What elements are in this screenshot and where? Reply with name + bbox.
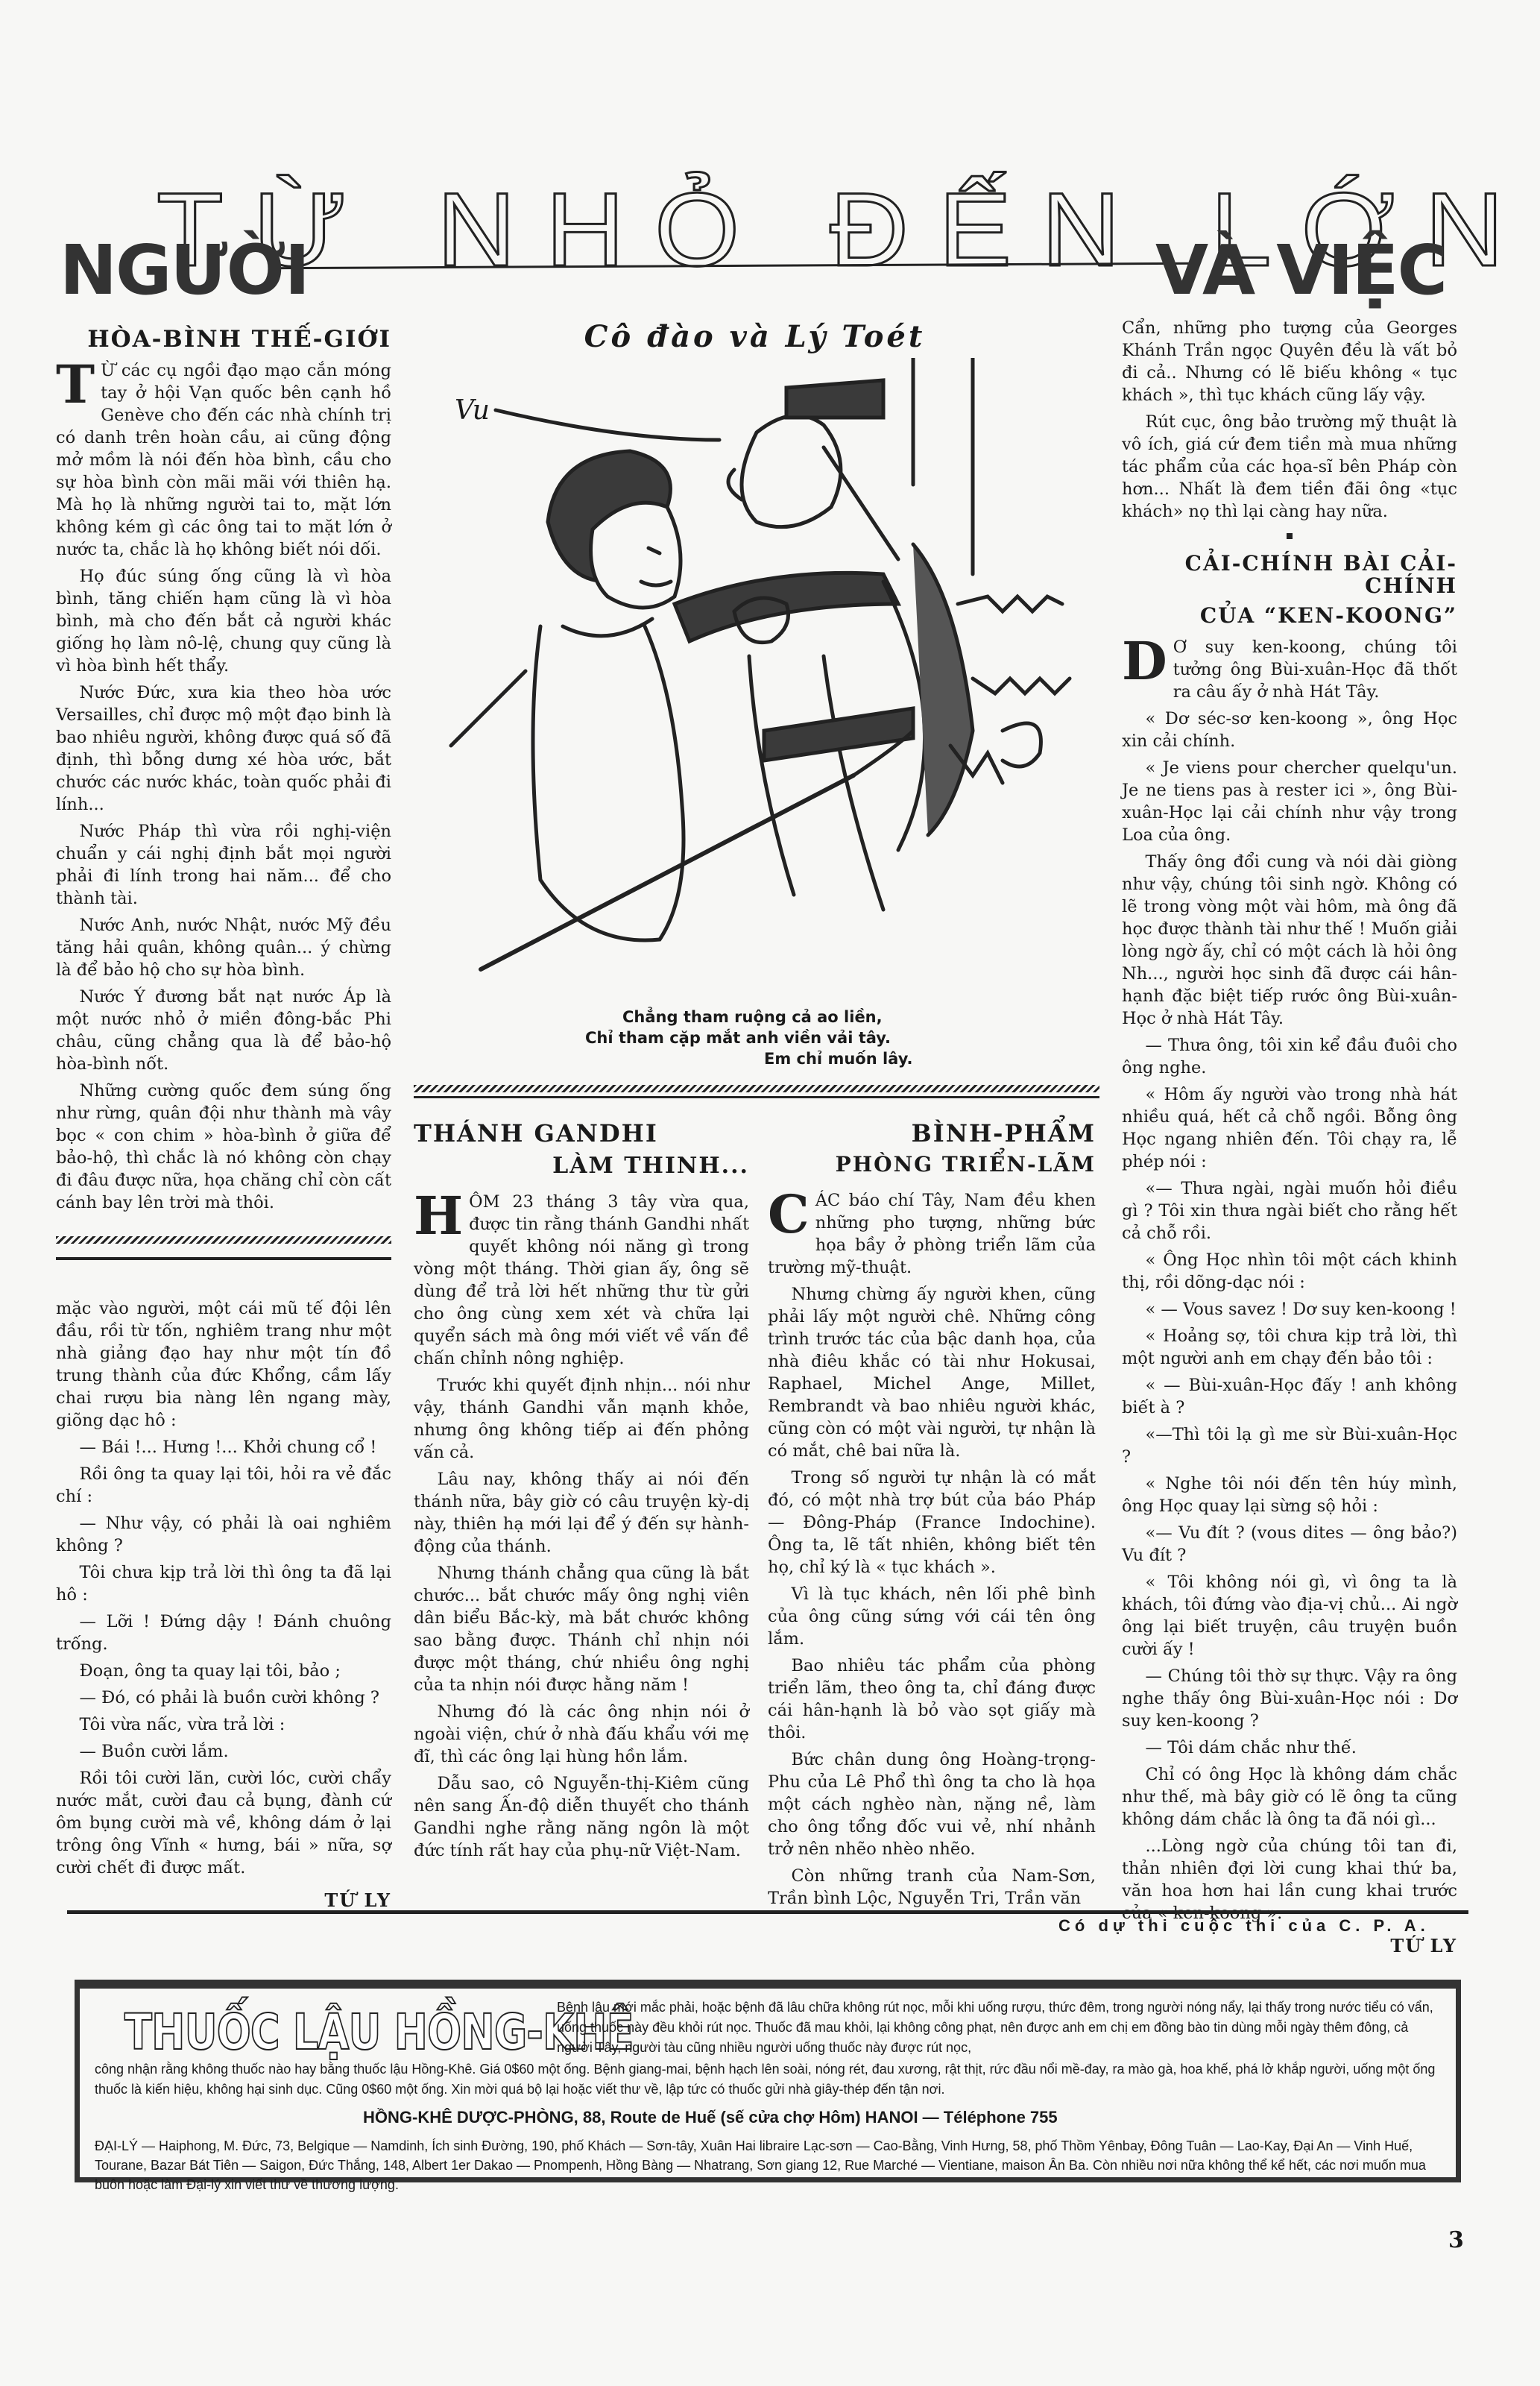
paragraph: Bao nhiêu tác phẩm của phòng triển lãm, …: [768, 1655, 1096, 1744]
article-exhibition-continued: Cẩn, những pho tượng của Georges Khánh T…: [1122, 317, 1457, 1957]
drop-cap: D: [1122, 639, 1167, 684]
headline-gandhi-line2: LÀM THINH...: [414, 1155, 749, 1177]
ad-address: HỒNG-KHÊ DƯỢC-PHÒNG, 88, Route de Huế (s…: [363, 2108, 1058, 2127]
paragraph: Nước Anh, nước Nhật, nước Mỹ đều tăng hả…: [56, 914, 391, 981]
cartoon-title: Cô đào và Lý Toét: [406, 319, 1103, 354]
section-rule: [56, 1257, 391, 1260]
paragraph: — Thưa ông, tôi xin kể đầu đuôi cho ông …: [1122, 1034, 1457, 1079]
paragraph: HÔM 23 tháng 3 tây vừa qua, được tin rằn…: [414, 1191, 749, 1370]
article-world-peace: HÒA-BÌNH THẾ-GIỚI TỪ các cụ ngồi đạo mạo…: [56, 328, 391, 1260]
paragraph: « Je viens pour chercher quelqu'un. Je n…: [1122, 757, 1457, 846]
paragraph: Nhưng thánh chẳng qua cũng là bắt chước.…: [414, 1562, 749, 1696]
paragraph: Cẩn, những pho tượng của Georges Khánh T…: [1122, 317, 1457, 406]
paragraph: — Lỡi ! Đứng dậy ! Đánh chuông trống.: [56, 1611, 391, 1655]
headline-exhibition-line2: PHÒNG TRIỂN-LÃM: [768, 1153, 1096, 1176]
paragraph: TỪ các cụ ngồi đạo mạo cắn móng tay ở hộ…: [56, 359, 391, 561]
paragraph: Nước Pháp thì vừa rồi nghị-viện chuẩn y …: [56, 820, 391, 910]
paragraph: — Buồn cười lắm.: [56, 1740, 391, 1763]
article-gandhi: THÁNH GANDHI LÀM THINH... HÔM 23 tháng 3…: [414, 1122, 749, 1866]
article-ceremony-continued: mặc vào người, một cái mũ tế đội lên đầu…: [56, 1297, 391, 1912]
headline-kenkoong-line2: CỦA “KEN-KOONG”: [1122, 605, 1457, 627]
paragraph: Còn những tranh của Nam-Sơn, Trần bình L…: [768, 1865, 1096, 1910]
paragraph: mặc vào người, một cái mũ tế đội lên đầu…: [56, 1297, 391, 1432]
paragraph: « Dơ séc-sơ ken-koong », ông Học xin cải…: [1122, 708, 1457, 752]
paragraph: «— Thưa ngài, ngài muốn hỏi điều gì ? Tô…: [1122, 1177, 1457, 1244]
section-rule: [414, 1096, 1099, 1098]
wavy-divider: [414, 1085, 1099, 1092]
paragraph: — Bái !... Hưng !... Khởi chung cổ !: [56, 1436, 391, 1458]
paragraph: « Hoảng sợ, tôi chưa kịp trả lời, thì mộ…: [1122, 1325, 1457, 1370]
paragraph: Chỉ có ông Học là không dám chắc như thế…: [1122, 1763, 1457, 1831]
paragraph: Lâu nay, không thấy ai nói đến thánh nữa…: [414, 1468, 749, 1558]
paragraph: «—Thì tôi lạ gì me sừ Bùi-xuân-Học ?: [1122, 1423, 1457, 1468]
paragraph: Trong số người tự nhận là có mắt đó, có …: [768, 1467, 1096, 1578]
paragraph: « Hôm ấy người vào trong nhà hát nhiều q…: [1122, 1083, 1457, 1173]
article-exhibition-review: BÌNH-PHẨM PHÒNG TRIỂN-LÃM CÁC báo chí Tâ…: [768, 1122, 1096, 1914]
paragraph: Tôi vừa nấc, vừa trả lời :: [56, 1713, 391, 1736]
advertisement-box: THUỐC LẬU HỒNG-KHÊ Bệnh lậu mới mắc phải…: [75, 1980, 1461, 2182]
paragraph: «— Vu đít ? (vous dites — ông bảo?) Vu đ…: [1122, 1522, 1457, 1567]
masthead-right-word: VÀ VIỆC: [1155, 233, 1446, 308]
paragraph: « Tôi không nói gì, vì ông ta là khách, …: [1122, 1571, 1457, 1661]
paragraph: Bức chân dung ông Hoàng-trọng-Phu của Lê…: [768, 1748, 1096, 1860]
paragraph: — Như vậy, có phải là oai nghiêm không ?: [56, 1512, 391, 1557]
paragraph: — Tôi dám chắc như thế.: [1122, 1737, 1457, 1759]
paragraph: Những cường quốc đem súng ống như rừng, …: [56, 1080, 391, 1214]
bullet-separator: [1287, 533, 1293, 539]
caption-line: Chẳng tham ruộng cả ao liền,: [585, 1007, 912, 1027]
ad-dealers-list: ĐẠI-LÝ — Haiphong, M. Đức, 73, Belgique …: [95, 2136, 1451, 2194]
paragraph: Thấy ông đổi cung và nói dài giòng như v…: [1122, 851, 1457, 1030]
cartoon-drawing-icon: [436, 358, 1107, 999]
paragraph: Họ đúc súng ống cũng là vì hòa bình, tăn…: [56, 565, 391, 677]
headline-gandhi-line1: THÁNH GANDHI: [414, 1122, 749, 1145]
paragraph: « — Vous savez ! Dơ suy ken-koong !: [1122, 1298, 1457, 1321]
paragraph: Tôi chưa kịp trả lời thì ông ta đã lại h…: [56, 1561, 391, 1606]
caption-line: Chỉ tham cặp mắt anh viền vải tây.: [585, 1027, 912, 1048]
author-signature: TỨ LY: [1122, 1935, 1457, 1957]
ad-body-text-continued: công nhận rằng không thuốc nào hay bằng …: [95, 2059, 1451, 2100]
contest-note: Có dự thi cuộc thi của C. P. A.: [1058, 1916, 1430, 1936]
paragraph: — Chúng tôi thờ sự thực. Vậy ra ông nghe…: [1122, 1665, 1457, 1732]
drop-cap: T: [56, 362, 95, 407]
paragraph: Trước khi quyết định nhịn... nói như vậy…: [414, 1374, 749, 1464]
paragraph: Vì là tục khách, nên lối phê bình của ôn…: [768, 1583, 1096, 1650]
paragraph: Nước Đức, xưa kia theo hòa ước Versaille…: [56, 682, 391, 816]
paragraph: « Ông Học nhìn tôi một cách khinh thị, r…: [1122, 1249, 1457, 1294]
masthead-left-word: NGƯỜI: [60, 233, 309, 308]
drop-cap: H: [414, 1194, 463, 1238]
page-number: 3: [1448, 2227, 1464, 2253]
wavy-divider: [56, 1236, 391, 1244]
paragraph: « — Bùi-xuân-Học đấy ! anh không biết à …: [1122, 1374, 1457, 1419]
paragraph: Nước Ý đương bắt nạt nước Áp là một nước…: [56, 986, 391, 1075]
paragraph: — Đó, có phải là buồn cười không ?: [56, 1687, 391, 1709]
section-rule: [67, 1910, 1468, 1914]
masthead: TỪ NHỎ ĐẾN LỚN NGƯỜI VÀ VIỆC: [15, 168, 1454, 309]
ad-body-text: Bệnh lậu mới mắc phải, hoặc bệnh đã lâu …: [557, 1998, 1444, 2058]
author-signature: TỨ LY: [56, 1889, 391, 1912]
paragraph: Nhưng đó là các ông nhịn nói ở ngoài việ…: [414, 1701, 749, 1768]
cartoon-caption: Chẳng tham ruộng cả ao liền, Chỉ tham cặ…: [585, 1007, 912, 1069]
headline-exhibition-line1: BÌNH-PHẨM: [768, 1122, 1096, 1145]
paragraph: Nhưng chừng ấy người khen, cũng phải lấy…: [768, 1283, 1096, 1462]
paragraph: « Nghe tôi nói đến tên húy mình, ông Học…: [1122, 1473, 1457, 1517]
paragraph: DƠ suy ken-koong, chúng tôi tưởng ông Bù…: [1122, 636, 1457, 703]
headline-world-peace: HÒA-BÌNH THẾ-GIỚI: [56, 328, 391, 350]
paragraph: Dẫu sao, cô Nguyễn-thị-Kiêm cũng nên san…: [414, 1772, 749, 1862]
drop-cap: C: [768, 1192, 810, 1237]
paragraph: Rút cục, ông bảo trường mỹ thuật là vô í…: [1122, 411, 1457, 523]
paragraph: Rồi ông ta quay lại tôi, hỏi ra vẻ đắc c…: [56, 1463, 391, 1508]
cartoon-illustration: Cô đào và Lý Toét Vu: [406, 313, 1103, 1074]
paragraph: Rồi tôi cười lăn, cười lóc, cười chẩy nư…: [56, 1767, 391, 1879]
paragraph: CÁC báo chí Tây, Nam đều khen những pho …: [768, 1189, 1096, 1279]
paragraph: Đoạn, ông ta quay lại tôi, bảo ;: [56, 1660, 391, 1682]
caption-line: Em chỉ muốn lây.: [585, 1048, 912, 1069]
headline-kenkoong-line1: CẢI-CHÍNH BÀI CẢI-CHÍNH: [1122, 553, 1457, 597]
